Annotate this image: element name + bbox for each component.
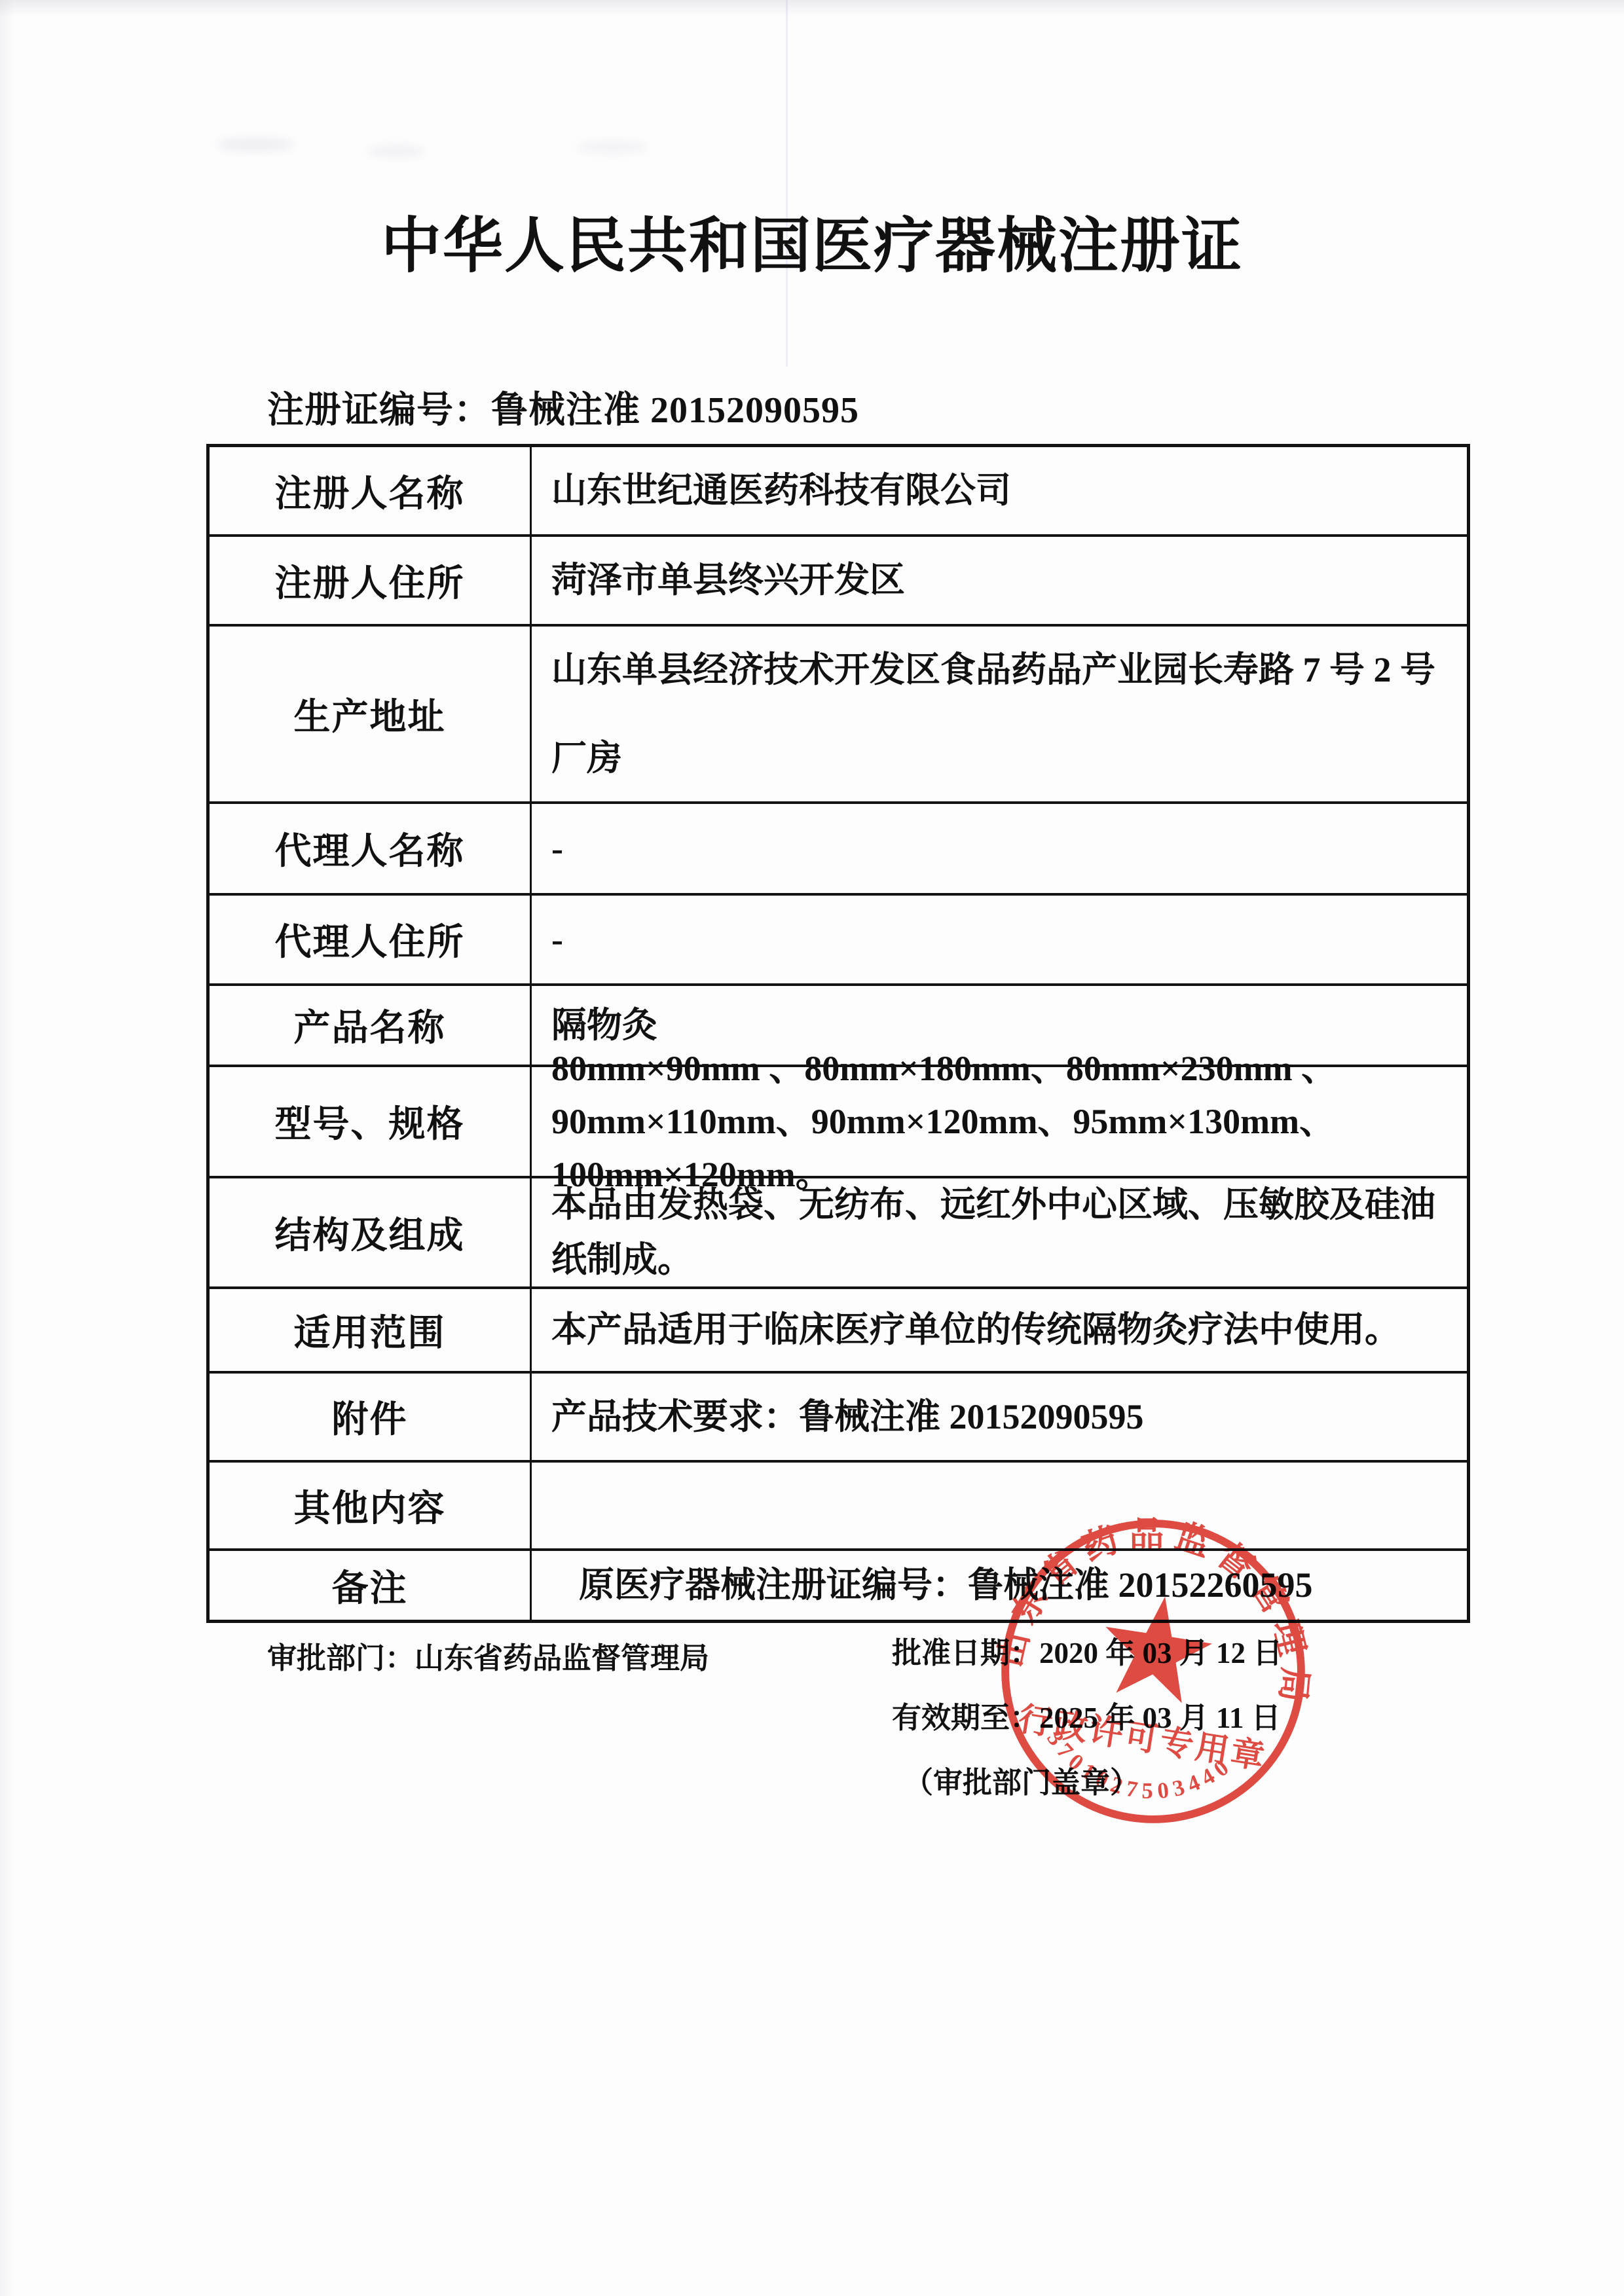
row-value: 产品技术要求：鲁械注准 20152090595 [532,1374,1467,1460]
table-row: 适用范围 本产品适用于临床医疗单位的传统隔物灸疗法中使用。 [210,1286,1467,1371]
row-label: 注册人名称 [210,447,532,534]
registration-table: 注册人名称 山东世纪通医药科技有限公司 注册人住所 菏泽市单县终兴开发区 生产地… [206,444,1470,1623]
row-label: 生产地址 [210,627,532,801]
scan-smudge [367,145,426,157]
row-label: 产品名称 [210,986,532,1065]
table-row: 代理人住所 - [210,893,1467,983]
row-value: - [532,804,1467,893]
table-row: 注册人名称 山东世纪通医药科技有限公司 [210,447,1467,534]
official-red-stamp: 山东省药品监督管理局 行政许可专用章 3701027503440 [962,1480,1344,1863]
row-label: 其他内容 [210,1463,532,1548]
scan-smudge [216,137,295,152]
certificate-page: 中华人民共和国医疗器械注册证 注册证编号：鲁械注准 20152090595 注册… [0,0,1624,2296]
row-value: 本产品适用于临床医疗单位的传统隔物灸疗法中使用。 [532,1289,1467,1371]
row-label: 型号、规格 [210,1067,532,1176]
table-row: 生产地址 山东单县经济技术开发区食品药品产业园长寿路 7 号 2 号厂房 [210,624,1467,801]
row-label: 代理人住所 [210,896,532,983]
table-row: 型号、规格 80mm×90mm 、80mm×180mm、80mm×230mm 、… [210,1065,1467,1176]
table-row: 结构及组成 本品由发热袋、无纺布、远红外中心区域、压敏胶及硅油纸制成。 [210,1176,1467,1286]
row-label: 注册人住所 [210,537,532,624]
table-row: 代理人名称 - [210,801,1467,893]
row-value: 80mm×90mm 、80mm×180mm、80mm×230mm 、90mm×1… [532,1067,1467,1176]
row-label: 附件 [210,1374,532,1460]
row-label: 适用范围 [210,1289,532,1371]
table-row: 注册人住所 菏泽市单县终兴开发区 [210,534,1467,624]
row-value: - [532,896,1467,983]
approval-department: 审批部门：山东省药品监督管理局 [267,1634,709,1677]
row-value: 山东世纪通医药科技有限公司 [532,447,1467,534]
row-label: 代理人名称 [210,804,532,893]
table-row: 附件 产品技术要求：鲁械注准 20152090595 [210,1371,1467,1460]
row-value: 菏泽市单县终兴开发区 [532,537,1467,624]
page-title: 中华人民共和国医疗器械注册证 [0,198,1624,284]
scan-artifact-line [786,0,788,367]
row-label: 结构及组成 [210,1178,532,1286]
row-value: 本品由发热袋、无纺布、远红外中心区域、压敏胶及硅油纸制成。 [532,1178,1467,1286]
row-value: 山东单县经济技术开发区食品药品产业园长寿路 7 号 2 号厂房 [532,627,1467,801]
scan-smudge [576,141,648,154]
certificate-number-line: 注册证编号：鲁械注准 20152090595 [267,381,859,433]
row-label: 备注 [210,1551,532,1620]
stamp-star-icon [1096,1588,1218,1706]
